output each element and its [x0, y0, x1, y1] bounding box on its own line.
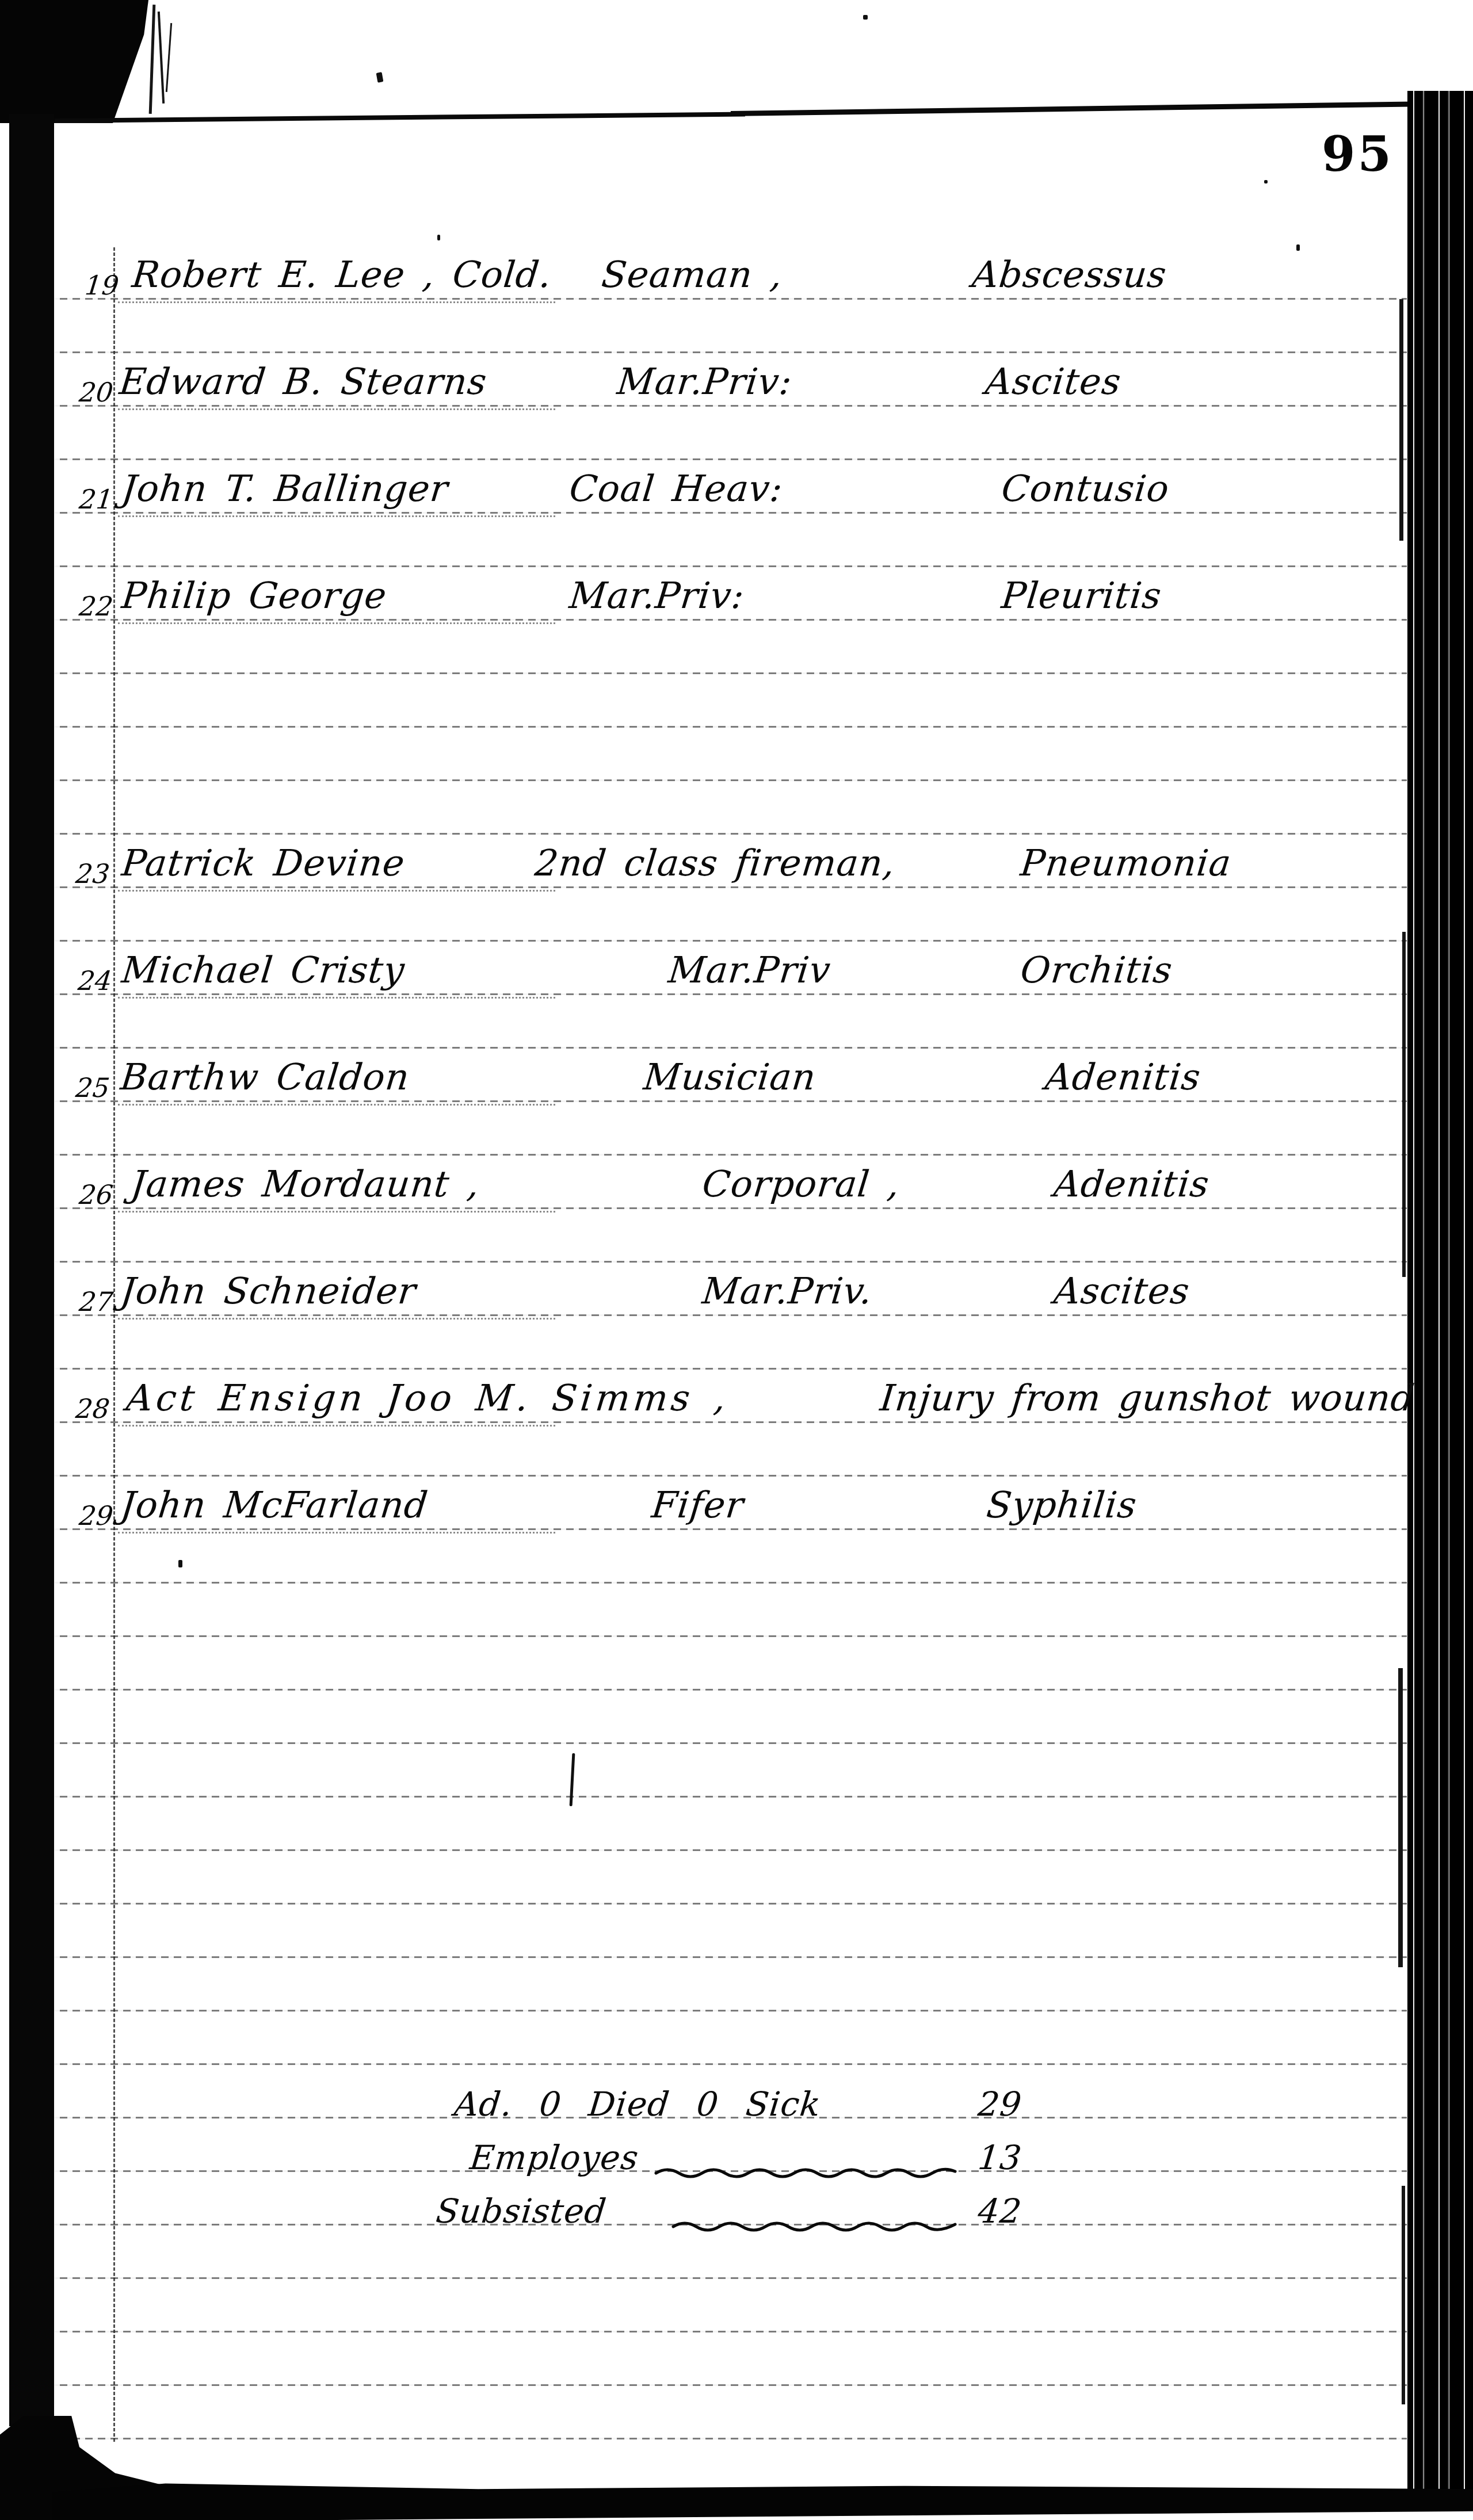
entry-disease: Adenitis: [1043, 1053, 1203, 1102]
entry-number: 28: [74, 1385, 112, 1433]
summary-value: 29: [976, 2080, 1025, 2128]
entry-disease: Syphilis: [984, 1481, 1139, 1529]
summary-value: 42: [976, 2187, 1025, 2235]
ledger-entry: 27 John Schneider Mar.Priv. Ascites: [0, 1267, 1473, 1320]
entry-rate: Corporal ,: [700, 1160, 902, 1209]
entry-disease: Ascites: [983, 358, 1124, 406]
entry-disease: Orchitis: [1018, 946, 1175, 995]
entry-rate: Mar.Priv:: [615, 358, 795, 406]
ledger-entry: 22 Philip George Mar.Priv: Pleuritis: [0, 572, 1473, 625]
entry-number: 21: [77, 475, 116, 523]
ledger-entry: 28 Act Ensign Joo M. Simms , Injury from…: [0, 1374, 1473, 1427]
entry-number: 20: [77, 368, 116, 416]
ink-speck: [437, 235, 440, 240]
entry-number: 23: [74, 850, 112, 898]
ledger-entry: 21 John T. Ballinger Coal Heav: Contusio: [0, 465, 1473, 518]
summary-line-admitted-died-sick: Ad. 0 Died 0 Sick 29: [0, 2080, 1473, 2132]
entry-name: John T. Ballinger: [120, 465, 451, 513]
ledger-page-scan: 95 19 Robert E. Lee , Cold. Seaman , Abs…: [0, 0, 1473, 2520]
summary-label: Employes: [468, 2133, 642, 2182]
ledger-entry: 23 Patrick Devine 2nd class fireman, Pne…: [0, 839, 1473, 892]
entry-name: Barthw Caldon: [119, 1053, 412, 1102]
entry-number: 29: [77, 1492, 116, 1540]
squiggle-path: [673, 2223, 955, 2230]
scan-scratch: [158, 12, 165, 104]
entry-disease: Contusio: [999, 465, 1172, 513]
handwritten-dash-line: [670, 2217, 967, 2232]
entry-number: 25: [74, 1064, 112, 1112]
entry-name: James Mordaunt ,: [129, 1160, 482, 1209]
scan-corner-shadow: [0, 0, 148, 123]
squiggle-path: [656, 2169, 955, 2177]
entry-disease: Injury from gunshot wound: [878, 1374, 1417, 1422]
entry-rate: Mar.Priv:: [567, 572, 747, 620]
page-edge-streak: [1398, 1668, 1403, 1967]
page-top-edge: [731, 101, 1413, 116]
entry-number: 27: [77, 1278, 116, 1326]
scan-scratch: [149, 5, 156, 114]
summary-label: Subsisted: [434, 2187, 609, 2235]
ledger-entry: 20 Edward B. Stearns Mar.Priv: Ascites: [0, 358, 1473, 411]
entry-name: John McFarland: [119, 1481, 431, 1529]
page-number: 95: [1322, 125, 1394, 182]
entry-disease: Ascites: [1052, 1267, 1192, 1316]
entry-name: Act Ensign Joo M. Simms ,: [124, 1374, 732, 1422]
entry-number: 26: [77, 1171, 116, 1219]
entry-name: Philip George: [120, 572, 390, 620]
entry-number: 19: [83, 261, 121, 309]
summary-label: Ad. 0 Died 0 Sick: [452, 2080, 823, 2128]
ink-speck: [178, 1560, 182, 1567]
ledger-entry: 25 Barthw Caldon Musician Adenitis: [0, 1053, 1473, 1106]
entry-name: Michael Cristy: [120, 946, 407, 995]
ledger-entry: 19 Robert E. Lee , Cold. Seaman , Absces…: [0, 251, 1473, 304]
scan-scratch: [166, 23, 172, 92]
entry-name: Patrick Devine: [120, 839, 407, 888]
handwritten-dash-line: [653, 2164, 967, 2179]
entry-disease: Pleuritis: [999, 572, 1164, 620]
page-top-edge: [55, 112, 745, 123]
entry-disease: Adenitis: [1052, 1160, 1212, 1209]
entry-rate: Fifer: [650, 1481, 746, 1529]
entry-number: 24: [76, 957, 115, 1005]
entry-rate: Mar.Priv: [666, 946, 833, 995]
ledger-entry: 26 James Mordaunt , Corporal , Adenitis: [0, 1160, 1473, 1213]
entry-name: Edward B. Stearns: [117, 358, 490, 406]
entry-rate: Mar.Priv.: [700, 1267, 875, 1316]
entry-rate: 2nd class fireman,: [533, 839, 898, 888]
entry-rate: Coal Heav:: [567, 465, 785, 513]
ink-speck: [1264, 180, 1268, 183]
entry-disease: Abscessus: [970, 251, 1169, 299]
entry-rate: Musician: [642, 1053, 819, 1102]
ink-speck: [1296, 244, 1300, 251]
entry-number: 22: [77, 582, 116, 630]
entry-rate: Seaman ,: [600, 251, 785, 299]
entry-name: John Schneider: [119, 1267, 419, 1316]
summary-value: 13: [976, 2133, 1025, 2182]
entry-name: Robert E. Lee , Cold.: [130, 251, 554, 299]
entry-disease: Pneumonia: [1018, 839, 1234, 888]
ink-speck: [376, 72, 384, 82]
ledger-entry: 29 John McFarland Fifer Syphilis: [0, 1481, 1473, 1534]
ledger-entry: 24 Michael Cristy Mar.Priv Orchitis: [0, 946, 1473, 999]
ink-speck: [863, 15, 868, 20]
